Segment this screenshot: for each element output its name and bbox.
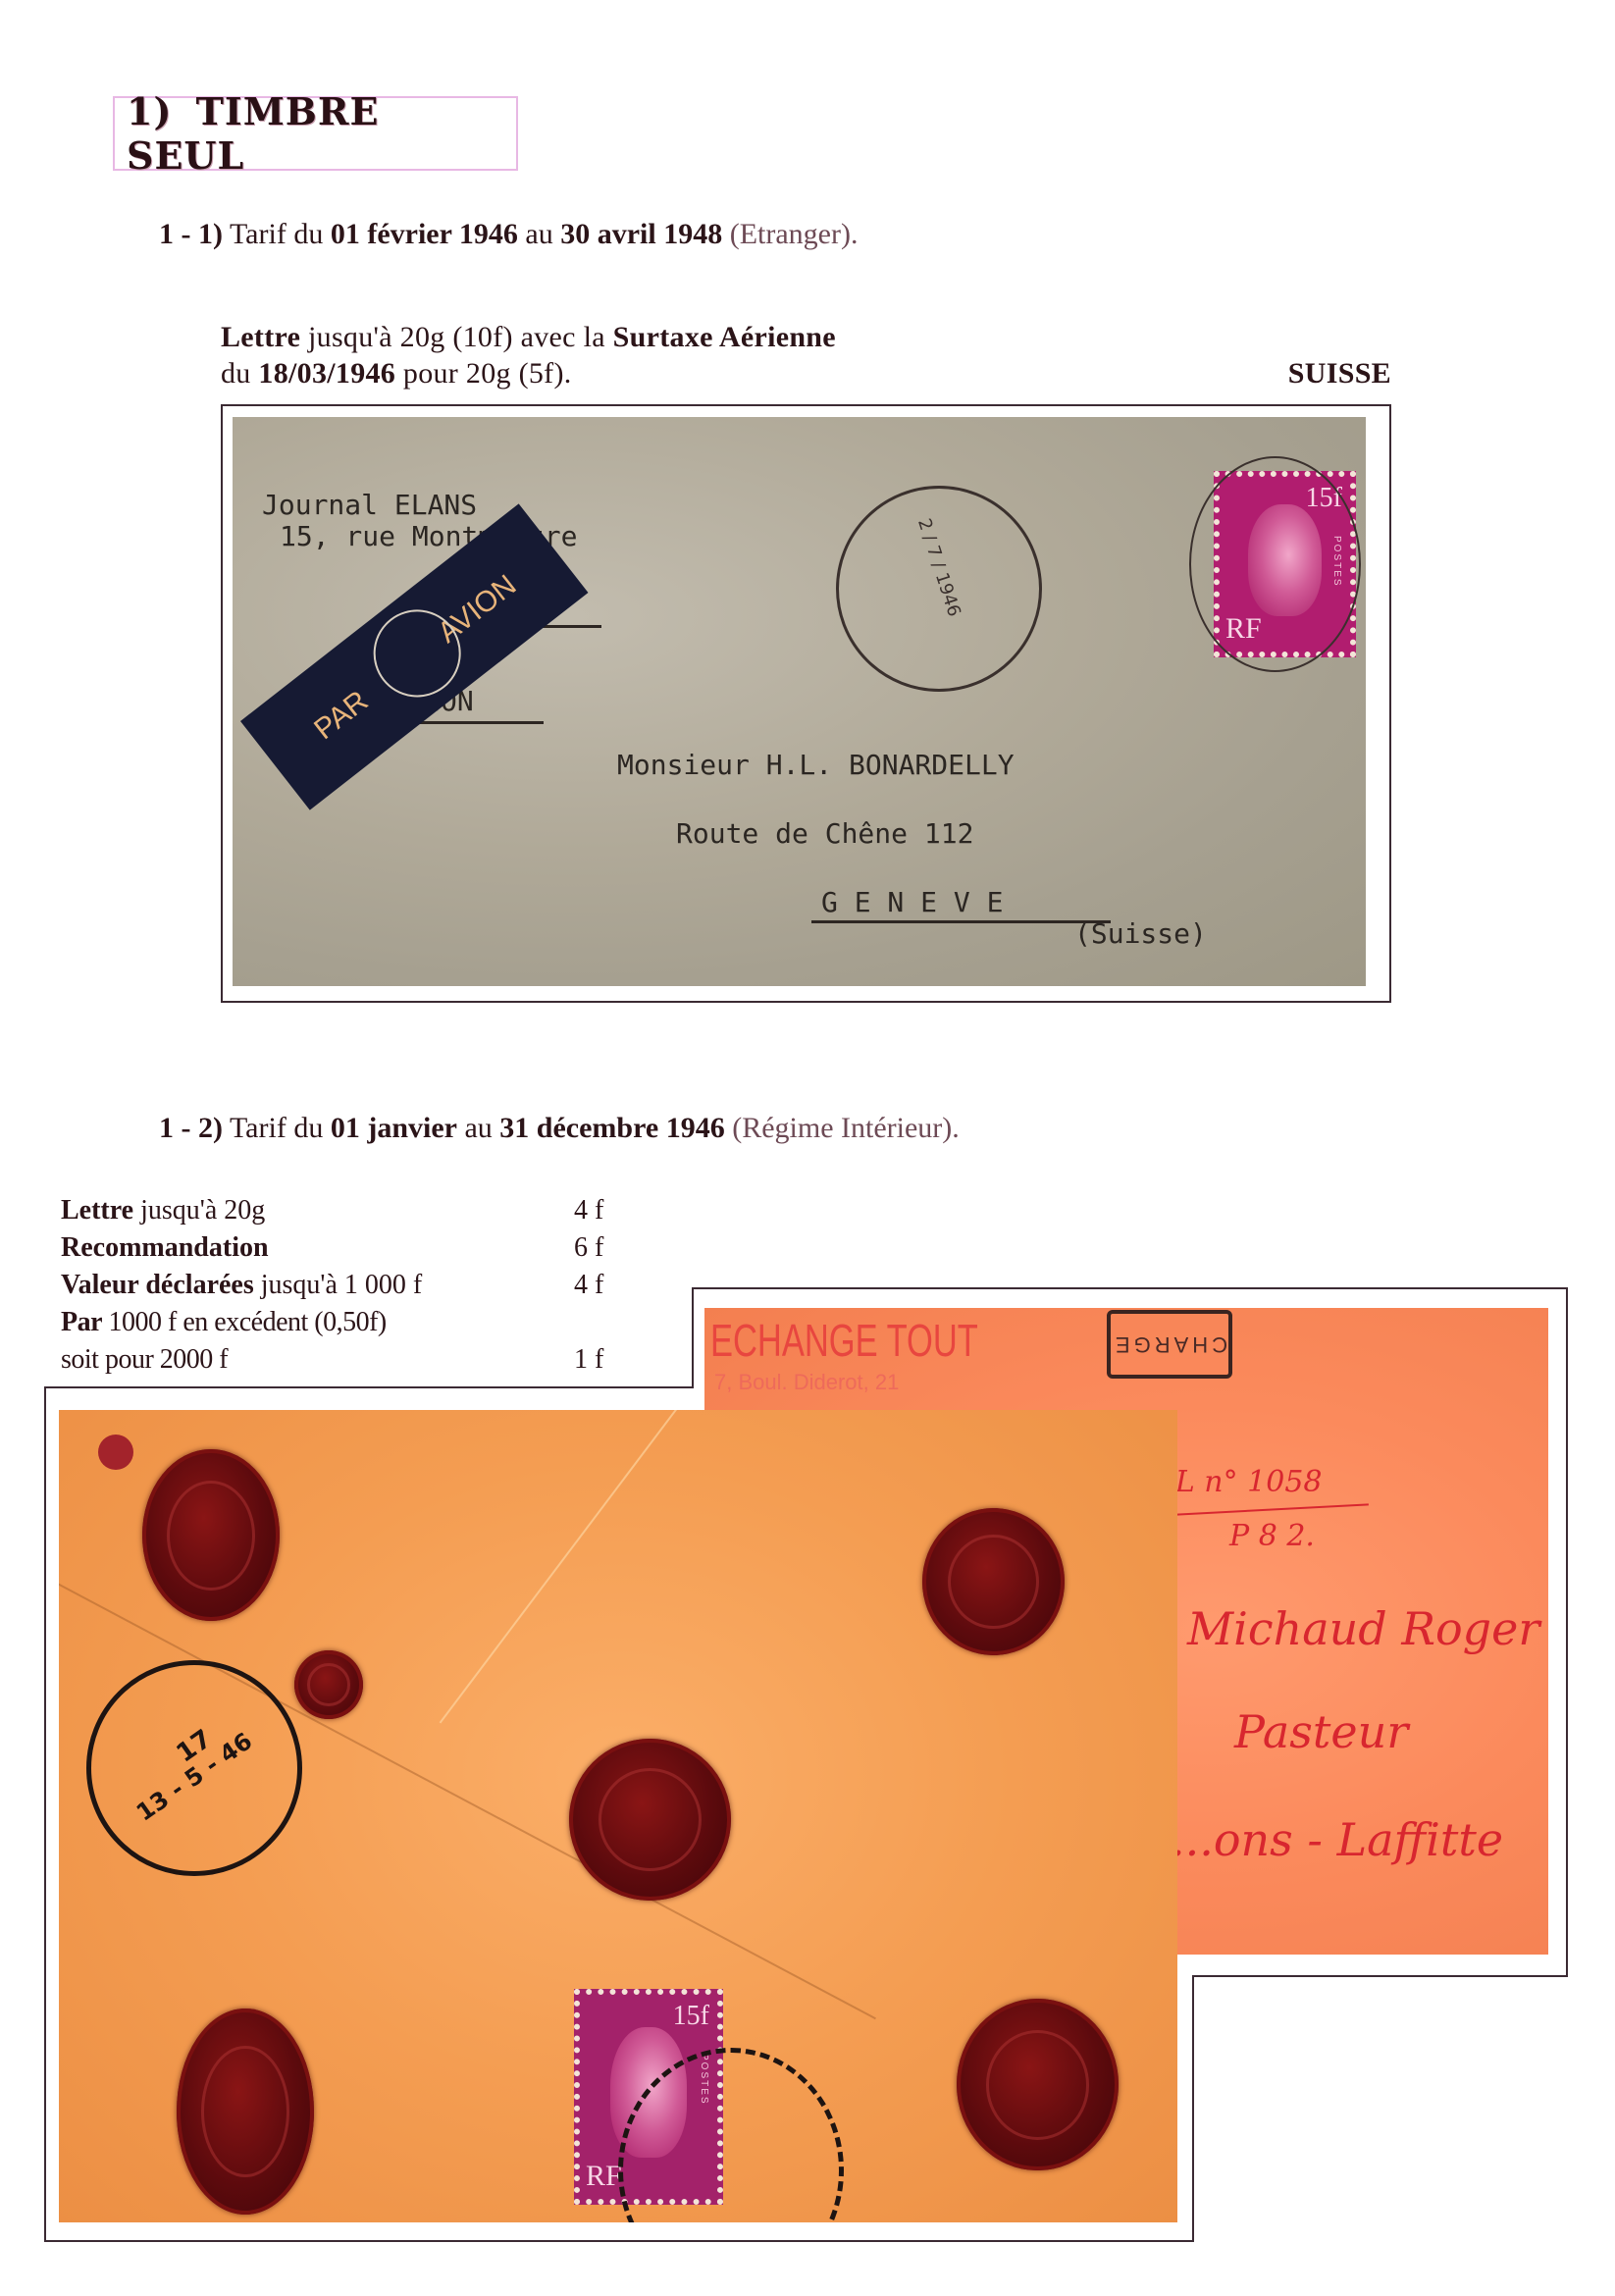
- frame-front-left: [44, 1386, 46, 2242]
- section-1-description-line2: du 18/03/1946 pour 20g (5f).: [221, 357, 572, 391]
- tariff-value-declared-value: 4 f: [574, 1270, 603, 1301]
- handwritten-name: Michaud Roger: [1187, 1602, 1539, 1655]
- recipient-city: G E N E V E: [821, 886, 1003, 918]
- frame-front-top: [44, 1386, 694, 1388]
- stamp-cancel-mark: [1189, 456, 1361, 672]
- frame-back-left: [692, 1287, 694, 1388]
- tariff-row-registration: Recommandation: [61, 1232, 269, 1264]
- handwritten-number: IL n° 1058: [1164, 1465, 1323, 1499]
- section-1-description-line1: Lettre jusqu'à 20g (10f) avec la Surtaxe…: [221, 321, 836, 354]
- handwritten-title: Pasteur: [1234, 1705, 1408, 1758]
- frame-bottom: [44, 2240, 1194, 2242]
- frame-step-vertical: [1192, 1975, 1194, 2242]
- recipient-line2: Route de Chêne 112: [676, 817, 973, 850]
- frame-step-horizontal: [1192, 1975, 1568, 1977]
- wax-seal-top-right: [922, 1508, 1065, 1655]
- tariff-row-declared-value: Valeur déclarées jusqu'à 1 000 f: [61, 1270, 422, 1301]
- airmail-envelope-switzerland: Journal ELANS 15, rue Montmartre PARIS P…: [233, 417, 1366, 986]
- wax-seal-center: [569, 1739, 731, 1901]
- page-title-box: 1) TIMBRE SEUL: [113, 96, 518, 171]
- sender-line1: Journal ELANS: [262, 489, 477, 521]
- tariff-value-excess-total: 1 f: [574, 1344, 603, 1376]
- charge-boxed-mark: CHARGE: [1107, 1310, 1232, 1379]
- sealed-envelope-reverse-side: 17 13 - 5 - 46 15f POSTES RF: [59, 1410, 1177, 2222]
- printed-header: ECHANGE TOUT: [710, 1314, 978, 1367]
- wax-seal-bottom-right: [957, 1999, 1119, 2170]
- handwritten-city: ...ons - Laffitte: [1171, 1813, 1503, 1866]
- tariff-value-registration: 6 f: [574, 1232, 603, 1264]
- destination-label: SUISSE: [1288, 357, 1391, 391]
- section-2-heading: 1 - 2) Tarif du 01 janvier au 31 décembr…: [159, 1112, 960, 1145]
- recipient-line1: Monsieur H.L. BONARDELLY: [617, 749, 1015, 781]
- wax-drop: [98, 1435, 133, 1470]
- frame-back-right: [1566, 1287, 1568, 1977]
- frame-back-top: [692, 1287, 1568, 1289]
- page-title: 1) TIMBRE SEUL: [127, 89, 516, 178]
- wax-seal-small: [294, 1650, 363, 1719]
- maisons-laffitte-postmark: 17 13 - 5 - 46: [86, 1660, 302, 1876]
- paris-postmark: 2 / 7 / 1946: [836, 486, 1042, 692]
- wax-seal-bottom-left: [177, 2009, 314, 2215]
- tariff-row-excess: Par 1000 f en excédent (0,50f): [61, 1307, 387, 1338]
- tariff-row-excess-total: soit pour 2000 f: [61, 1344, 228, 1376]
- tariff-row-letter: Lettre jusqu'à 20g: [61, 1195, 265, 1226]
- handwritten-ref: P 8 2.: [1229, 1519, 1315, 1553]
- tariff-value-letter: 4 f: [574, 1195, 603, 1226]
- recipient-country: (Suisse): [1074, 917, 1207, 950]
- section-1-heading: 1 - 1) Tarif du 01 février 1946 au 30 av…: [159, 218, 858, 251]
- wax-seal-top-left: [142, 1449, 280, 1621]
- printed-address: 7, Boul. Diderot, 21: [714, 1370, 899, 1395]
